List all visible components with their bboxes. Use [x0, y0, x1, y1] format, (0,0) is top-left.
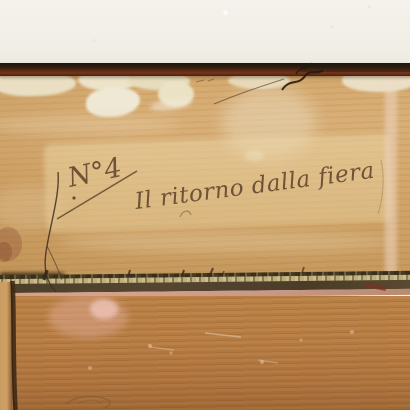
pink-paint-patch [48, 296, 128, 338]
wall-background [0, 0, 410, 70]
light-streak [58, 232, 393, 252]
paper-label [44, 134, 393, 233]
pink-paint-spot [90, 299, 118, 319]
panel-right-edge-highlight [385, 76, 397, 282]
left-edge-plank [0, 282, 12, 410]
frame-top-edge-shadow [300, 63, 410, 72]
photograph: N°4 Il ritorno dalla fiera [0, 0, 410, 410]
